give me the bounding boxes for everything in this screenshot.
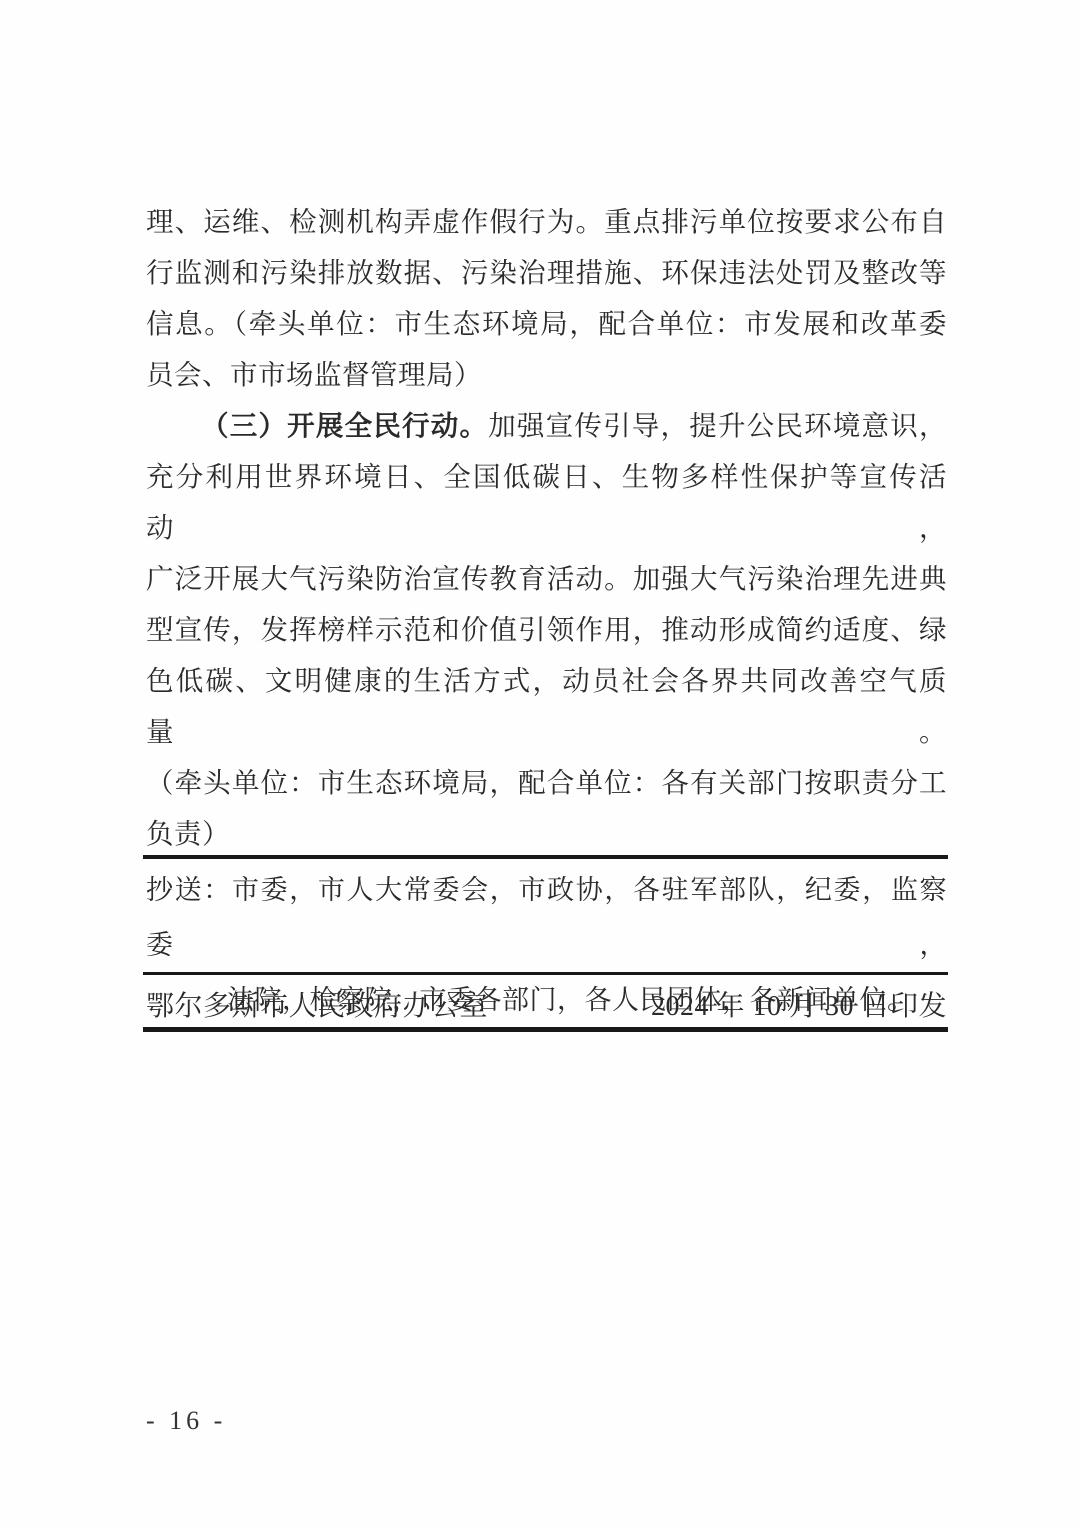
- body-line-10: （牵头单位：市生态环境局，配合单位：各有关部门按职责分工: [146, 757, 947, 808]
- separator-rule-middle: [143, 972, 948, 975]
- body-line-1: 理、运维、检测机构弄虚作假行为。重点排污单位按要求公布自: [146, 196, 947, 247]
- separator-rule-bottom: [143, 1027, 948, 1032]
- document-body: 理、运维、检测机构弄虚作假行为。重点排污单位按要求公布自 行监测和污染排放数据、…: [146, 196, 947, 859]
- copy-to-line-1: 抄送：市委，市人大常委会，市政协，各驻军部队，纪委，监察委，: [146, 863, 947, 973]
- imprint-row: 鄂尔多斯市人民政府办公室 2024 年 10 月 30 日印发: [146, 990, 947, 1024]
- document-page: 理、运维、检测机构弄虚作假行为。重点排污单位按要求公布自 行监测和污染排放数据、…: [0, 0, 1080, 1527]
- page-number: - 16 -: [146, 1406, 226, 1436]
- print-date: 2024 年 10 月 30 日印发: [651, 990, 947, 1024]
- body-line-8: 型宣传，发挥榜样示范和价值引领作用，推动形成简约适度、绿: [146, 604, 947, 655]
- separator-rule-top: [143, 855, 948, 859]
- body-line-5: （三）开展全民行动。加强宣传引导，提升公民环境意识，: [146, 400, 947, 451]
- clause-text: 加强宣传引导，提升公民环境意识，: [488, 410, 947, 441]
- body-line-4: 员会、市市场监督管理局）: [146, 349, 947, 400]
- issuing-office: 鄂尔多斯市人民政府办公室: [146, 990, 488, 1024]
- clause-heading: （三）开展全民行动。: [201, 410, 488, 441]
- body-line-7: 广泛开展大气污染防治宣传教育活动。加强大气污染治理先进典: [146, 553, 947, 604]
- body-line-11: 负责）: [146, 808, 947, 859]
- body-line-6: 充分利用世界环境日、全国低碳日、生物多样性保护等宣传活动，: [146, 451, 947, 553]
- body-line-3: 信息。（牵头单位：市生态环境局，配合单位：市发展和改革委: [146, 298, 947, 349]
- body-line-2: 行监测和污染排放数据、污染治理措施、环保违法处罚及整改等: [146, 247, 947, 298]
- body-line-9: 色低碳、文明健康的生活方式，动员社会各界共同改善空气质量。: [146, 655, 947, 757]
